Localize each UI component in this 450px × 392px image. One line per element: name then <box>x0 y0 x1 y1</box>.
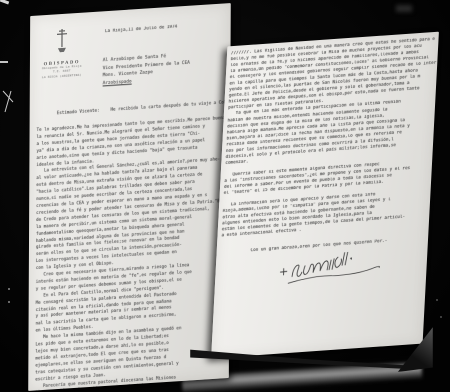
dust-dot <box>440 316 442 318</box>
paper-speck <box>0 61 8 63</box>
date-line: La Rioja,11 de Julio de 1974 <box>105 21 228 36</box>
opening-sentence: He recibido la carta después de tu viaje… <box>111 99 228 112</box>
dust-dot <box>436 299 438 301</box>
letter-page-1-content: La Rioja,11 de Julio de 1974 Al Arzobisp… <box>35 21 227 390</box>
smudge-mark <box>396 5 412 12</box>
signature: + E. Angelelli <box>275 247 387 291</box>
letter-page-2-content: ///////. Las Vigilias de Navidad en una … <box>218 37 438 294</box>
handwritten-signature-icon <box>275 247 387 291</box>
paper-speck <box>0 0 9 4</box>
dust-dot <box>8 301 10 303</box>
letter-page-2: ///////. Las Vigilias de Navidad en una … <box>211 32 439 359</box>
letter-page-1: OBISPADO Obispado de La Rioja T.E. 6667 … <box>28 3 231 391</box>
dust-dot <box>8 288 10 290</box>
letter-body: ///////. Las Vigilias de Navidad en una … <box>221 37 439 246</box>
scratch-mark <box>2 90 14 114</box>
photographed-letters-background: OBISPADO Obispado de La Rioja T.E. 6667 … <box>0 0 450 392</box>
salutation: Estimado Vicente: <box>57 108 100 116</box>
addressee-block: Al Arzobispo de Santa FéVice Presidente … <box>103 49 228 88</box>
letter-body: Te lo agradezco.Me ha impresionado tanto… <box>35 115 227 391</box>
